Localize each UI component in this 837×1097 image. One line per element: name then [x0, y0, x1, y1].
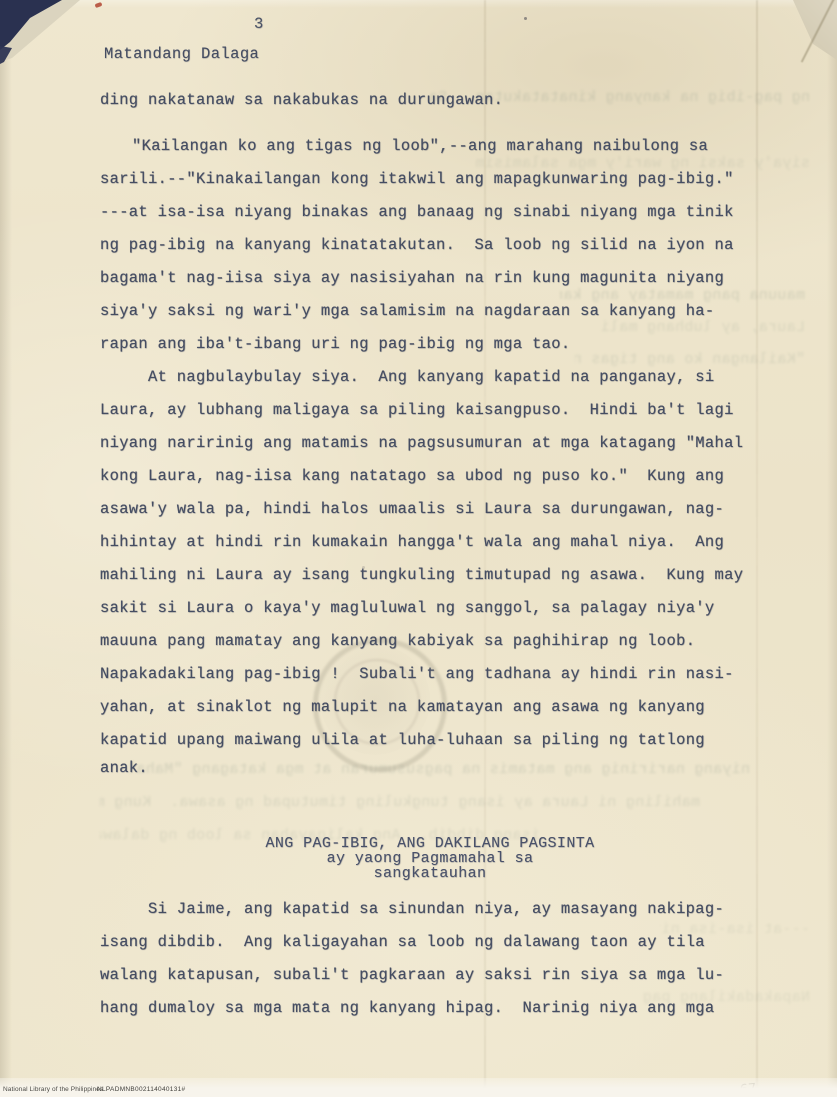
- text-line: yahan, at sinaklot ng malupit na kamatay…: [100, 697, 764, 717]
- text-line: "Kailangan ko ang tigas ng loob",--ang m…: [100, 136, 796, 156]
- text-line: niyang naririnig ang matamis na pagsusum…: [100, 433, 764, 453]
- text-line: ng pag-ibig na kanyang kinatatakutan. Sa…: [100, 235, 764, 255]
- text-line: isang dibdib. Ang kaligayahan sa loob ng…: [100, 932, 764, 952]
- text-line: mauuna pang mamatay ang kanyang kabiyak …: [100, 631, 764, 651]
- scanned-manuscript-page: ng pag-ibig na kanyang kinatatakutan. Sa…: [0, 0, 837, 1097]
- text-line: asawa'y wala pa, hindi halos umaalis si …: [100, 499, 764, 519]
- paper-left-edge-shadow: [0, 0, 12, 1097]
- text-line: kapatid upang maiwang ulila at luha-luha…: [100, 730, 764, 750]
- page-number: 3: [254, 15, 263, 33]
- scan-barcode-id: NLPADMNB002114040131#: [97, 1086, 185, 1093]
- running-header-title: Matandang Dalaga: [104, 45, 259, 63]
- top-right-fold: [791, 0, 837, 60]
- dark-speck: [524, 17, 527, 20]
- text-line: At nagbulaybulay siya. Ang kanyang kapat…: [100, 367, 812, 387]
- text-line: sarili.--"Kinakailangan kong itakwil ang…: [100, 169, 764, 189]
- text-line: siya'y saksi ng wari'y mga salamisim na …: [100, 301, 764, 321]
- text-line: hang dumaloy sa mga mata ng kanyang hipa…: [100, 998, 764, 1018]
- text-line: Laura, ay lubhang maligaya sa piling kai…: [100, 400, 764, 420]
- text-line: sakit si Laura o kaya'y magluluwal ng sa…: [100, 598, 764, 618]
- section-heading-line2: ay yaong Pagmamahal sa: [100, 851, 760, 866]
- text-line: walang katapusan, subali't pagkaraan ay …: [100, 965, 764, 985]
- text-line: mahiling ni Laura ay isang tungkuling ti…: [100, 565, 764, 585]
- library-attribution-label: National Library of the Philippines: [3, 1086, 103, 1093]
- section-heading-line3: sangkatauhan: [100, 866, 760, 881]
- section-heading-line1: ANG PAG-IBIG, ANG DAKILANG PAGSINTA: [100, 836, 760, 851]
- text-line: rapan ang iba't-ibang uri ng pag-ibig ng…: [100, 334, 764, 354]
- text-line: kong Laura, nag-iisa kang natatago sa ub…: [100, 466, 764, 486]
- paper-right-edge-shadow: [827, 0, 837, 1097]
- text-line: hihintay at hindi rin kumakain hangga't …: [100, 532, 764, 552]
- text-line: ---at isa-isa niyang binakas ang banaag …: [100, 202, 764, 222]
- paper-top-edge-highlight: [0, 0, 837, 8]
- text-line: bagama't nag-iisa siya ay nasisiyahan na…: [100, 268, 764, 288]
- text-line: anak.: [100, 758, 764, 778]
- text-line: Napakadakilang pag-ibig ! Subali't ang t…: [100, 664, 764, 684]
- text-line: Si Jaime, ang kapatid sa sinundan niya, …: [100, 899, 812, 919]
- text-line: ding nakatanaw sa nakabukas na durungawa…: [100, 90, 764, 110]
- bleed-through-ghost-text: mahiling ni Laura ay isang tungkuling ti…: [100, 793, 700, 813]
